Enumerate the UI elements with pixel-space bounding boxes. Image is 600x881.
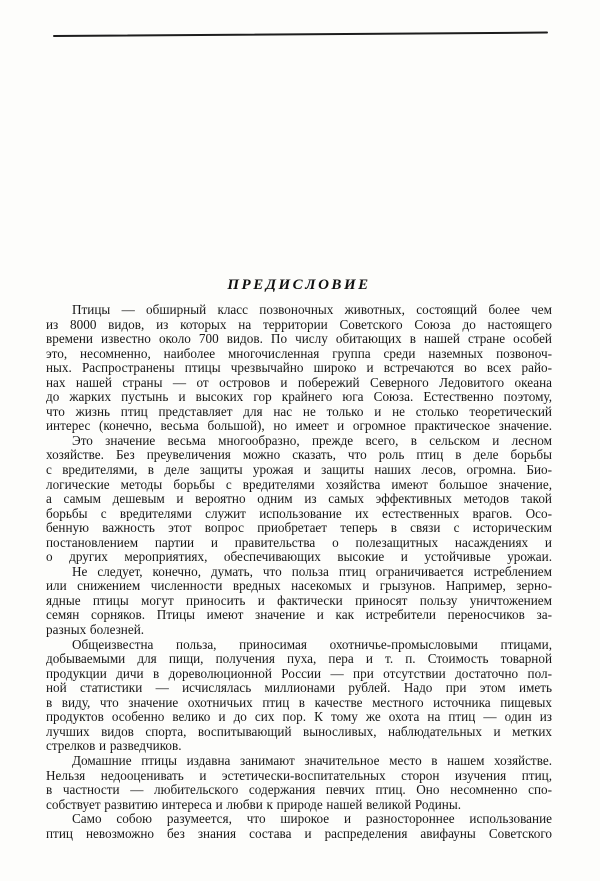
text-line: Это значение весьма многообразно, прежде… <box>46 434 552 449</box>
text-line: с вредителями, в деле защиты урожая и за… <box>46 463 552 478</box>
text-line: ных. Распространены птицы чрезвычайно ши… <box>46 361 552 376</box>
paragraph: Это значение весьма многообразно, прежде… <box>46 434 552 565</box>
text-line: что жизнь птиц представляет для нас не т… <box>46 405 552 420</box>
text-line: или снижением численности вредных насеко… <box>46 579 552 594</box>
text-line: до жарких пустынь и высоких гор крайнего… <box>46 390 552 405</box>
text-line: семян сорняков. Птицы имеют значение и к… <box>46 608 552 623</box>
text-line: стрелков и разведчиков. <box>46 739 552 754</box>
top-rule <box>53 32 548 38</box>
text-line: в виду, что значение охотничьих птиц в к… <box>46 696 552 711</box>
text-line: бенную важность этот вопрос приобретает … <box>46 521 552 536</box>
text-line: ной статистики — исчислялась миллионами … <box>46 681 552 696</box>
text-line: постановлением партии и правительства о … <box>46 536 552 551</box>
text-line: продуктов особенно велико и до сих пор. … <box>46 710 552 725</box>
text-line: ядные птицы могут приносить и фактически… <box>46 594 552 609</box>
text-line: нах нашей страны — от островов и побереж… <box>46 376 552 391</box>
text-line: продукции дичи в дореволюционной России … <box>46 667 552 682</box>
paragraph: Домашние птицы издавна занимают значител… <box>46 754 552 812</box>
text-line: Не следует, конечно, думать, что польза … <box>46 565 552 580</box>
document-page: ПРЕДИСЛОВИЕ Птицы — обширный класс позво… <box>0 0 600 881</box>
text-line: лучших видов спорта, воспитывающий вынос… <box>46 725 552 740</box>
text-line: а самым дешевым и вероятно одним из самы… <box>46 492 552 507</box>
text-line: борьбы с вредителями служит использовани… <box>46 507 552 522</box>
text-line: птиц невозможно без знания состава и рас… <box>46 827 552 842</box>
text-line: Нельзя недооценивать и эстетически-воспи… <box>46 769 552 784</box>
paragraph: Птицы — обширный класс позвоночных живот… <box>46 303 552 434</box>
paragraph: Не следует, конечно, думать, что польза … <box>46 565 552 638</box>
text-line: о других мероприятиях, обеспечивающих вы… <box>46 550 552 565</box>
text-line: из 8000 видов, из которых на территории … <box>46 318 552 333</box>
text-line: собствует развитию интереса и любви к пр… <box>46 798 552 813</box>
text-line: это, несомненно, наиболее многочисленная… <box>46 347 552 362</box>
text-line: Птицы — обширный класс позвоночных живот… <box>46 303 552 318</box>
text-line: времени известно около 700 видов. По чис… <box>46 332 552 347</box>
text-line: интерес (конечно, весьма большой), но им… <box>46 419 552 434</box>
text-line: логические методы борьбы с вредителями х… <box>46 478 552 493</box>
text-line: Само собою разумеется, что широкое и раз… <box>46 812 552 827</box>
paragraph: Само собою разумеется, что широкое и раз… <box>46 812 552 841</box>
page-body: Птицы — обширный класс позвоночных живот… <box>46 303 552 841</box>
text-line: хозяйстве. Без преувеличения можно сказа… <box>46 448 552 463</box>
text-line: в частности — любительского содержания п… <box>46 783 552 798</box>
text-line: добываемыми для пищи, получения пуха, пе… <box>46 652 552 667</box>
text-line: Домашние птицы издавна занимают значител… <box>46 754 552 769</box>
text-line: разных болезней. <box>46 623 552 638</box>
paragraph: Общеизвестна польза, приносимая охотничь… <box>46 638 552 754</box>
text-line: Общеизвестна польза, приносимая охотничь… <box>46 638 552 653</box>
page-title: ПРЕДИСЛОВИЕ <box>46 277 552 294</box>
